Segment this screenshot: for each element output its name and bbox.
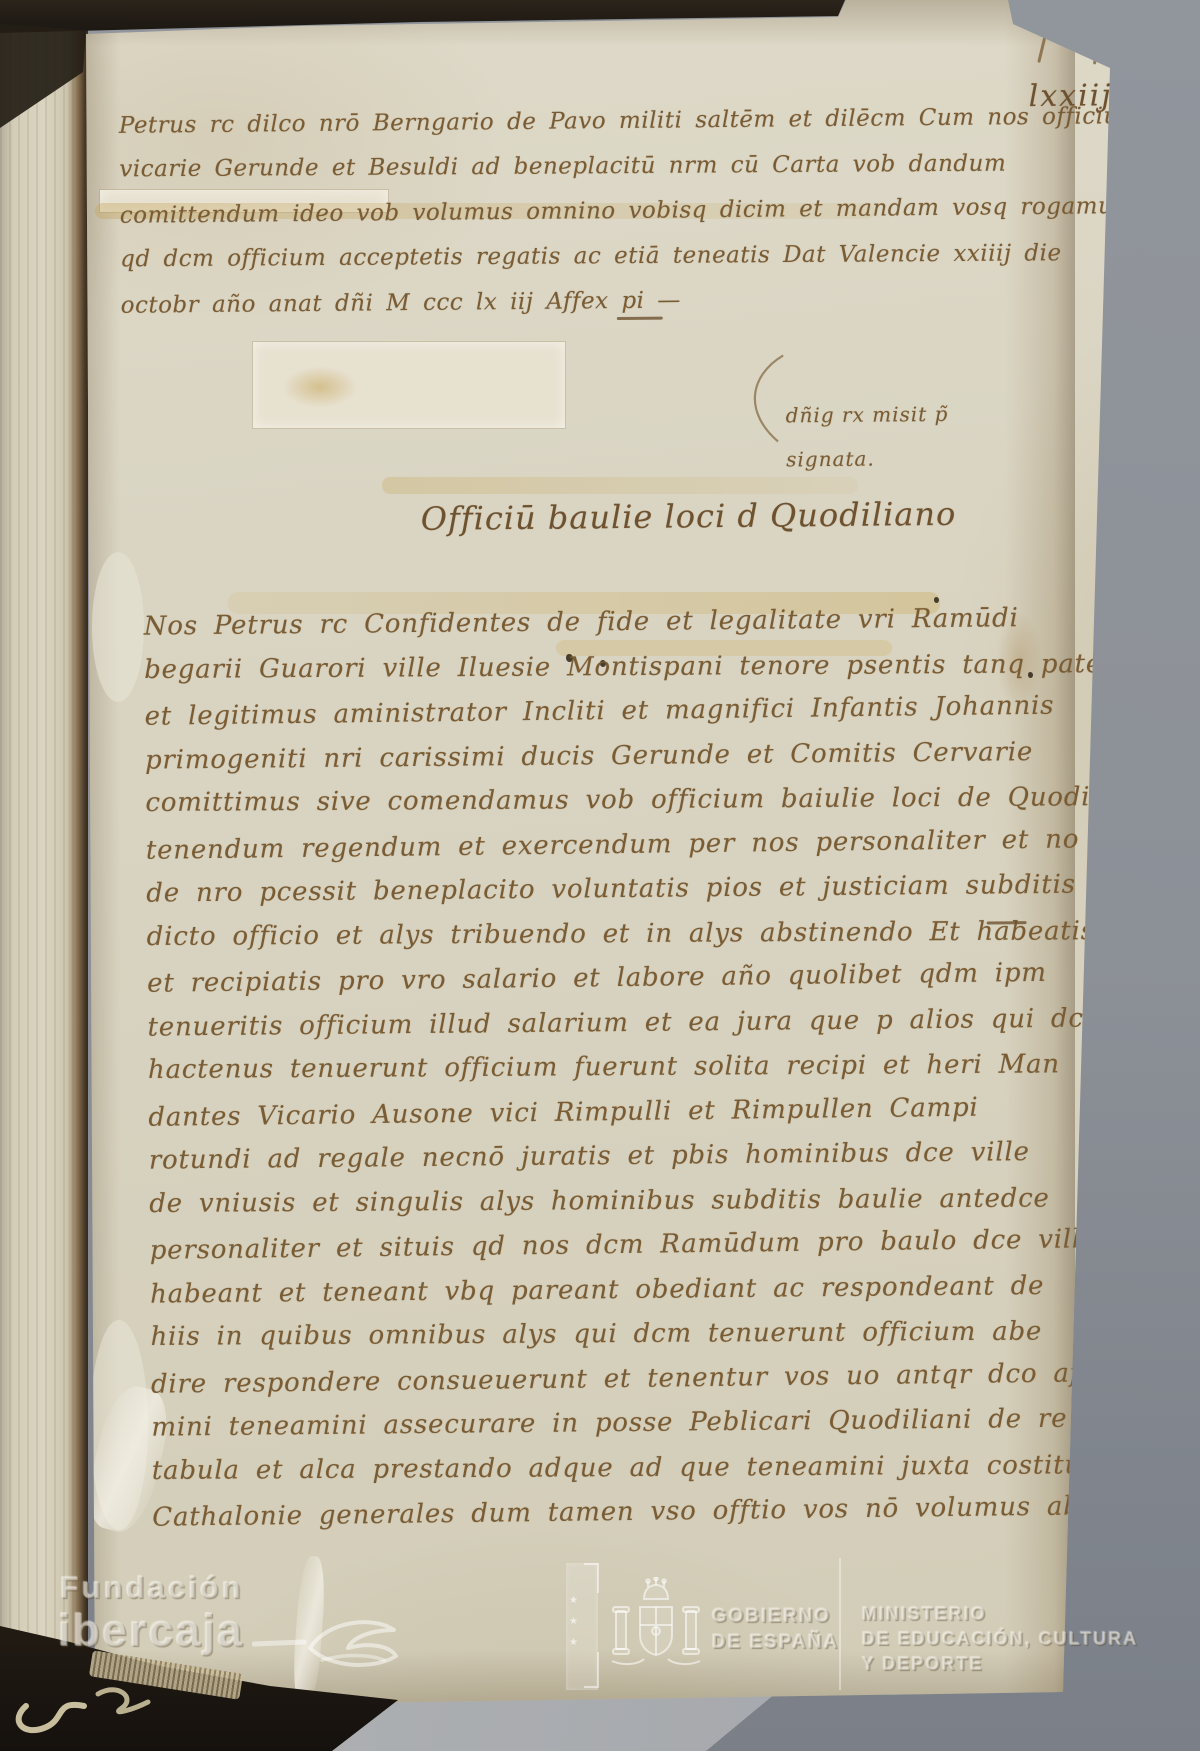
body-line: Cathalonie generales dum tamen vso offti… — [152, 1485, 1072, 1541]
government-line2: DE ESPAÑA — [712, 1630, 839, 1656]
top-note-line: vicarie Gerunde et Besuldi ad beneplacit… — [119, 141, 1059, 192]
margin-note-line: signata. — [786, 436, 949, 482]
ministry-line3: Y DEPORTE — [862, 1652, 1139, 1677]
watermark-divider — [839, 1558, 841, 1690]
royal-letter-note: Petrus rc dilco nrō Berngario de Pavo mi… — [119, 95, 1061, 329]
star-icon: ★ — [569, 1595, 578, 1606]
spain-coat-of-arms-icon — [610, 1577, 702, 1675]
banner-bracket — [584, 1563, 599, 1593]
government-line1: GOBIERNO — [712, 1604, 839, 1630]
body-line: hiis in quibus omnibus alys qui dcm tenu… — [150, 1309, 1070, 1359]
ministry-line2: DE EDUCACIÓN, CULTURA — [862, 1627, 1139, 1652]
grant-text: Nos Petrus rc Confidentes de fide et leg… — [144, 596, 1073, 1539]
frayed-threads — [14, 1676, 254, 1748]
government-watermark: GOBIERNO DE ESPAÑA — [712, 1604, 839, 1656]
top-note-line: comittendum ideo vob volumus omnino vobi… — [120, 185, 1060, 239]
ibercaja-logo-icon — [252, 1614, 402, 1676]
body-line: comittimus sive comendamus vob officium … — [145, 775, 1065, 825]
fore-edge-streaks — [0, 24, 88, 1674]
body-line: Nos Petrus rc Confidentes de fide et leg… — [144, 596, 1064, 649]
line-filler-dash — [617, 317, 663, 320]
ministry-watermark: MINISTERIO DE EDUCACIÓN, CULTURA Y DEPOR… — [862, 1602, 1139, 1677]
section-heading: Officiū baulie loci d Quodiliano — [421, 495, 933, 538]
star-icon: ★ — [569, 1637, 578, 1648]
ibercaja-watermark-line1: Fundación — [60, 1570, 244, 1606]
manuscript-scan: lxxiij Petrus rc dilco nrō Berngario de … — [0, 0, 1200, 1751]
margin-note-line: dñig rx misit p̃ — [786, 392, 949, 438]
chancery-margin-note: dñig rx misit p̃signata. — [786, 392, 949, 482]
pen-trial-mark — [1037, 37, 1046, 63]
pen-trial-mark — [1093, 38, 1098, 64]
top-note-line: Petrus rc dilco nrō Berngario de Pavo mi… — [119, 95, 1059, 149]
ibercaja-watermark-line2: ibercaja — [58, 1605, 244, 1657]
top-note-line: qd dcm officium acceptetis regatis ac et… — [120, 231, 1060, 282]
page-fore-edge — [0, 24, 88, 1674]
line-filler-dash — [987, 921, 1027, 924]
handwriting-layer: lxxiij Petrus rc dilco nrō Berngario de … — [0, 0, 1200, 1751]
ministry-line1: MINISTERIO — [862, 1602, 1139, 1627]
body-line: hactenus tenuerunt officium fuerunt soli… — [148, 1042, 1068, 1092]
star-icon: ★ — [569, 1616, 578, 1627]
top-note-line: octobr año anat dñi M ccc lx iij Affex p… — [120, 275, 1060, 329]
banner-bracket — [584, 1652, 599, 1688]
manuscript-page: lxxiij Petrus rc dilco nrō Berngario de … — [0, 0, 1200, 1751]
